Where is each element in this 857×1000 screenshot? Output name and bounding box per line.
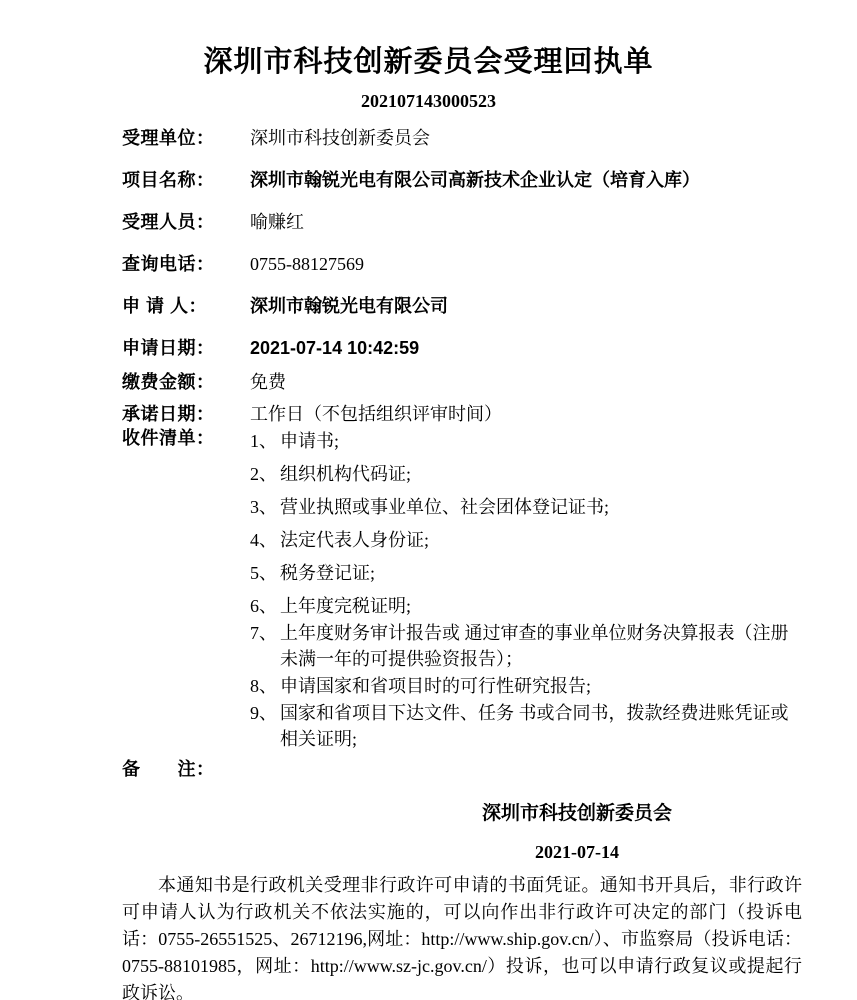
remark-label: 备 注：	[122, 759, 250, 779]
field-value: 0755-88127569	[250, 254, 802, 274]
document-body: 受理单位： 深圳市科技创新委员会 项目名称： 深圳市翰锐光电有限公司高新技术企业…	[122, 128, 802, 862]
document-title: 深圳市科技创新委员会受理回执单	[0, 44, 857, 80]
field-row-inquiry-phone: 查询电话： 0755-88127569	[122, 254, 802, 274]
field-label: 查询电话：	[122, 254, 250, 274]
field-value: 免费	[250, 372, 802, 392]
field-label: 缴费金额：	[122, 372, 250, 392]
field-row-application-date: 申请日期： 2021-07-14 10:42:59	[122, 338, 802, 358]
field-row-payment-amount: 缴费金额： 免费	[122, 372, 802, 392]
checklist-item: 8、 申请国家和省项目时的可行性研究报告;	[250, 673, 802, 699]
field-row-promised-date: 承诺日期： 工作日（不包括组织评审时间）	[122, 404, 802, 424]
checklist-section: 收件清单： 1、 申请书; 2、 组织机构代码证; 3、 营业执照或事业单位、社…	[122, 428, 802, 753]
receipt-document: 深圳市科技创新委员会受理回执单 202107143000523 受理单位： 深圳…	[0, 0, 857, 1000]
field-value: 深圳市翰锐光电有限公司	[250, 296, 802, 316]
item-number: 9、	[250, 700, 280, 752]
field-label: 受理人员：	[122, 212, 250, 232]
receipt-number: 202107143000523	[0, 90, 857, 112]
item-text: 营业执照或事业单位、社会团体登记证书;	[280, 494, 802, 520]
signature-organization: 深圳市科技创新委员会	[482, 803, 672, 825]
field-row-accepting-unit: 受理单位： 深圳市科技创新委员会	[122, 128, 802, 148]
field-label: 项目名称：	[122, 170, 250, 190]
signature-block: 深圳市科技创新委员会 2021-07-14	[482, 803, 672, 862]
field-label: 申 请 人：	[122, 296, 250, 316]
item-text: 国家和省项目下达文件、任务 书或合同书，拨款经费进账凭证或相关证明;	[280, 700, 802, 752]
item-text: 法定代表人身份证;	[280, 527, 802, 553]
field-label: 承诺日期：	[122, 404, 250, 424]
item-text: 申请国家和省项目时的可行性研究报告;	[280, 673, 802, 699]
checklist-item: 3、 营业执照或事业单位、社会团体登记证书;	[250, 494, 802, 520]
field-label: 申请日期：	[122, 338, 250, 358]
field-value: 工作日（不包括组织评审时间）	[250, 404, 802, 424]
field-row-accepting-staff: 受理人员： 喻赚红	[122, 212, 802, 232]
checklist-item: 1、 申请书;	[250, 428, 802, 454]
checklist-label: 收件清单：	[122, 428, 250, 753]
legal-notice-paragraph: 本通知书是行政机关受理非行政许可申请的书面凭证。通知书开具后，非行政许可申请人认…	[122, 872, 802, 1000]
field-value: 喻赚红	[250, 212, 802, 232]
item-number: 5、	[250, 560, 280, 586]
field-row-remark: 备 注：	[122, 759, 802, 779]
checklist-item: 9、 国家和省项目下达文件、任务 书或合同书，拨款经费进账凭证或相关证明;	[250, 700, 802, 752]
item-text: 税务登记证;	[280, 560, 802, 586]
field-row-project-name: 项目名称： 深圳市翰锐光电有限公司高新技术企业认定（培育入库）	[122, 170, 802, 190]
field-value: 2021-07-14 10:42:59	[250, 338, 802, 358]
item-number: 2、	[250, 461, 280, 487]
field-value: 深圳市科技创新委员会	[250, 128, 802, 148]
item-number: 3、	[250, 494, 280, 520]
field-value: 深圳市翰锐光电有限公司高新技术企业认定（培育入库）	[250, 170, 802, 190]
remark-value	[250, 759, 802, 779]
checklist-item: 2、 组织机构代码证;	[250, 461, 802, 487]
item-text: 申请书;	[280, 428, 802, 454]
checklist-item: 4、 法定代表人身份证;	[250, 527, 802, 553]
checklist-item: 7、 上年度财务审计报告或 通过审查的事业单位财务决算报表（注册未满一年的可提供…	[250, 620, 802, 672]
item-number: 1、	[250, 428, 280, 454]
field-label: 受理单位：	[122, 128, 250, 148]
item-text: 上年度完税证明;	[280, 593, 802, 619]
checklist-items: 1、 申请书; 2、 组织机构代码证; 3、 营业执照或事业单位、社会团体登记证…	[250, 428, 802, 753]
field-row-applicant: 申 请 人： 深圳市翰锐光电有限公司	[122, 296, 802, 316]
item-number: 8、	[250, 673, 280, 699]
item-number: 7、	[250, 620, 280, 672]
checklist-item: 6、 上年度完税证明;	[250, 593, 802, 619]
signature-date: 2021-07-14	[482, 842, 672, 862]
item-number: 4、	[250, 527, 280, 553]
checklist-item: 5、 税务登记证;	[250, 560, 802, 586]
item-number: 6、	[250, 593, 280, 619]
item-text: 组织机构代码证;	[280, 461, 802, 487]
item-text: 上年度财务审计报告或 通过审查的事业单位财务决算报表（注册未满一年的可提供验资报…	[280, 620, 802, 672]
